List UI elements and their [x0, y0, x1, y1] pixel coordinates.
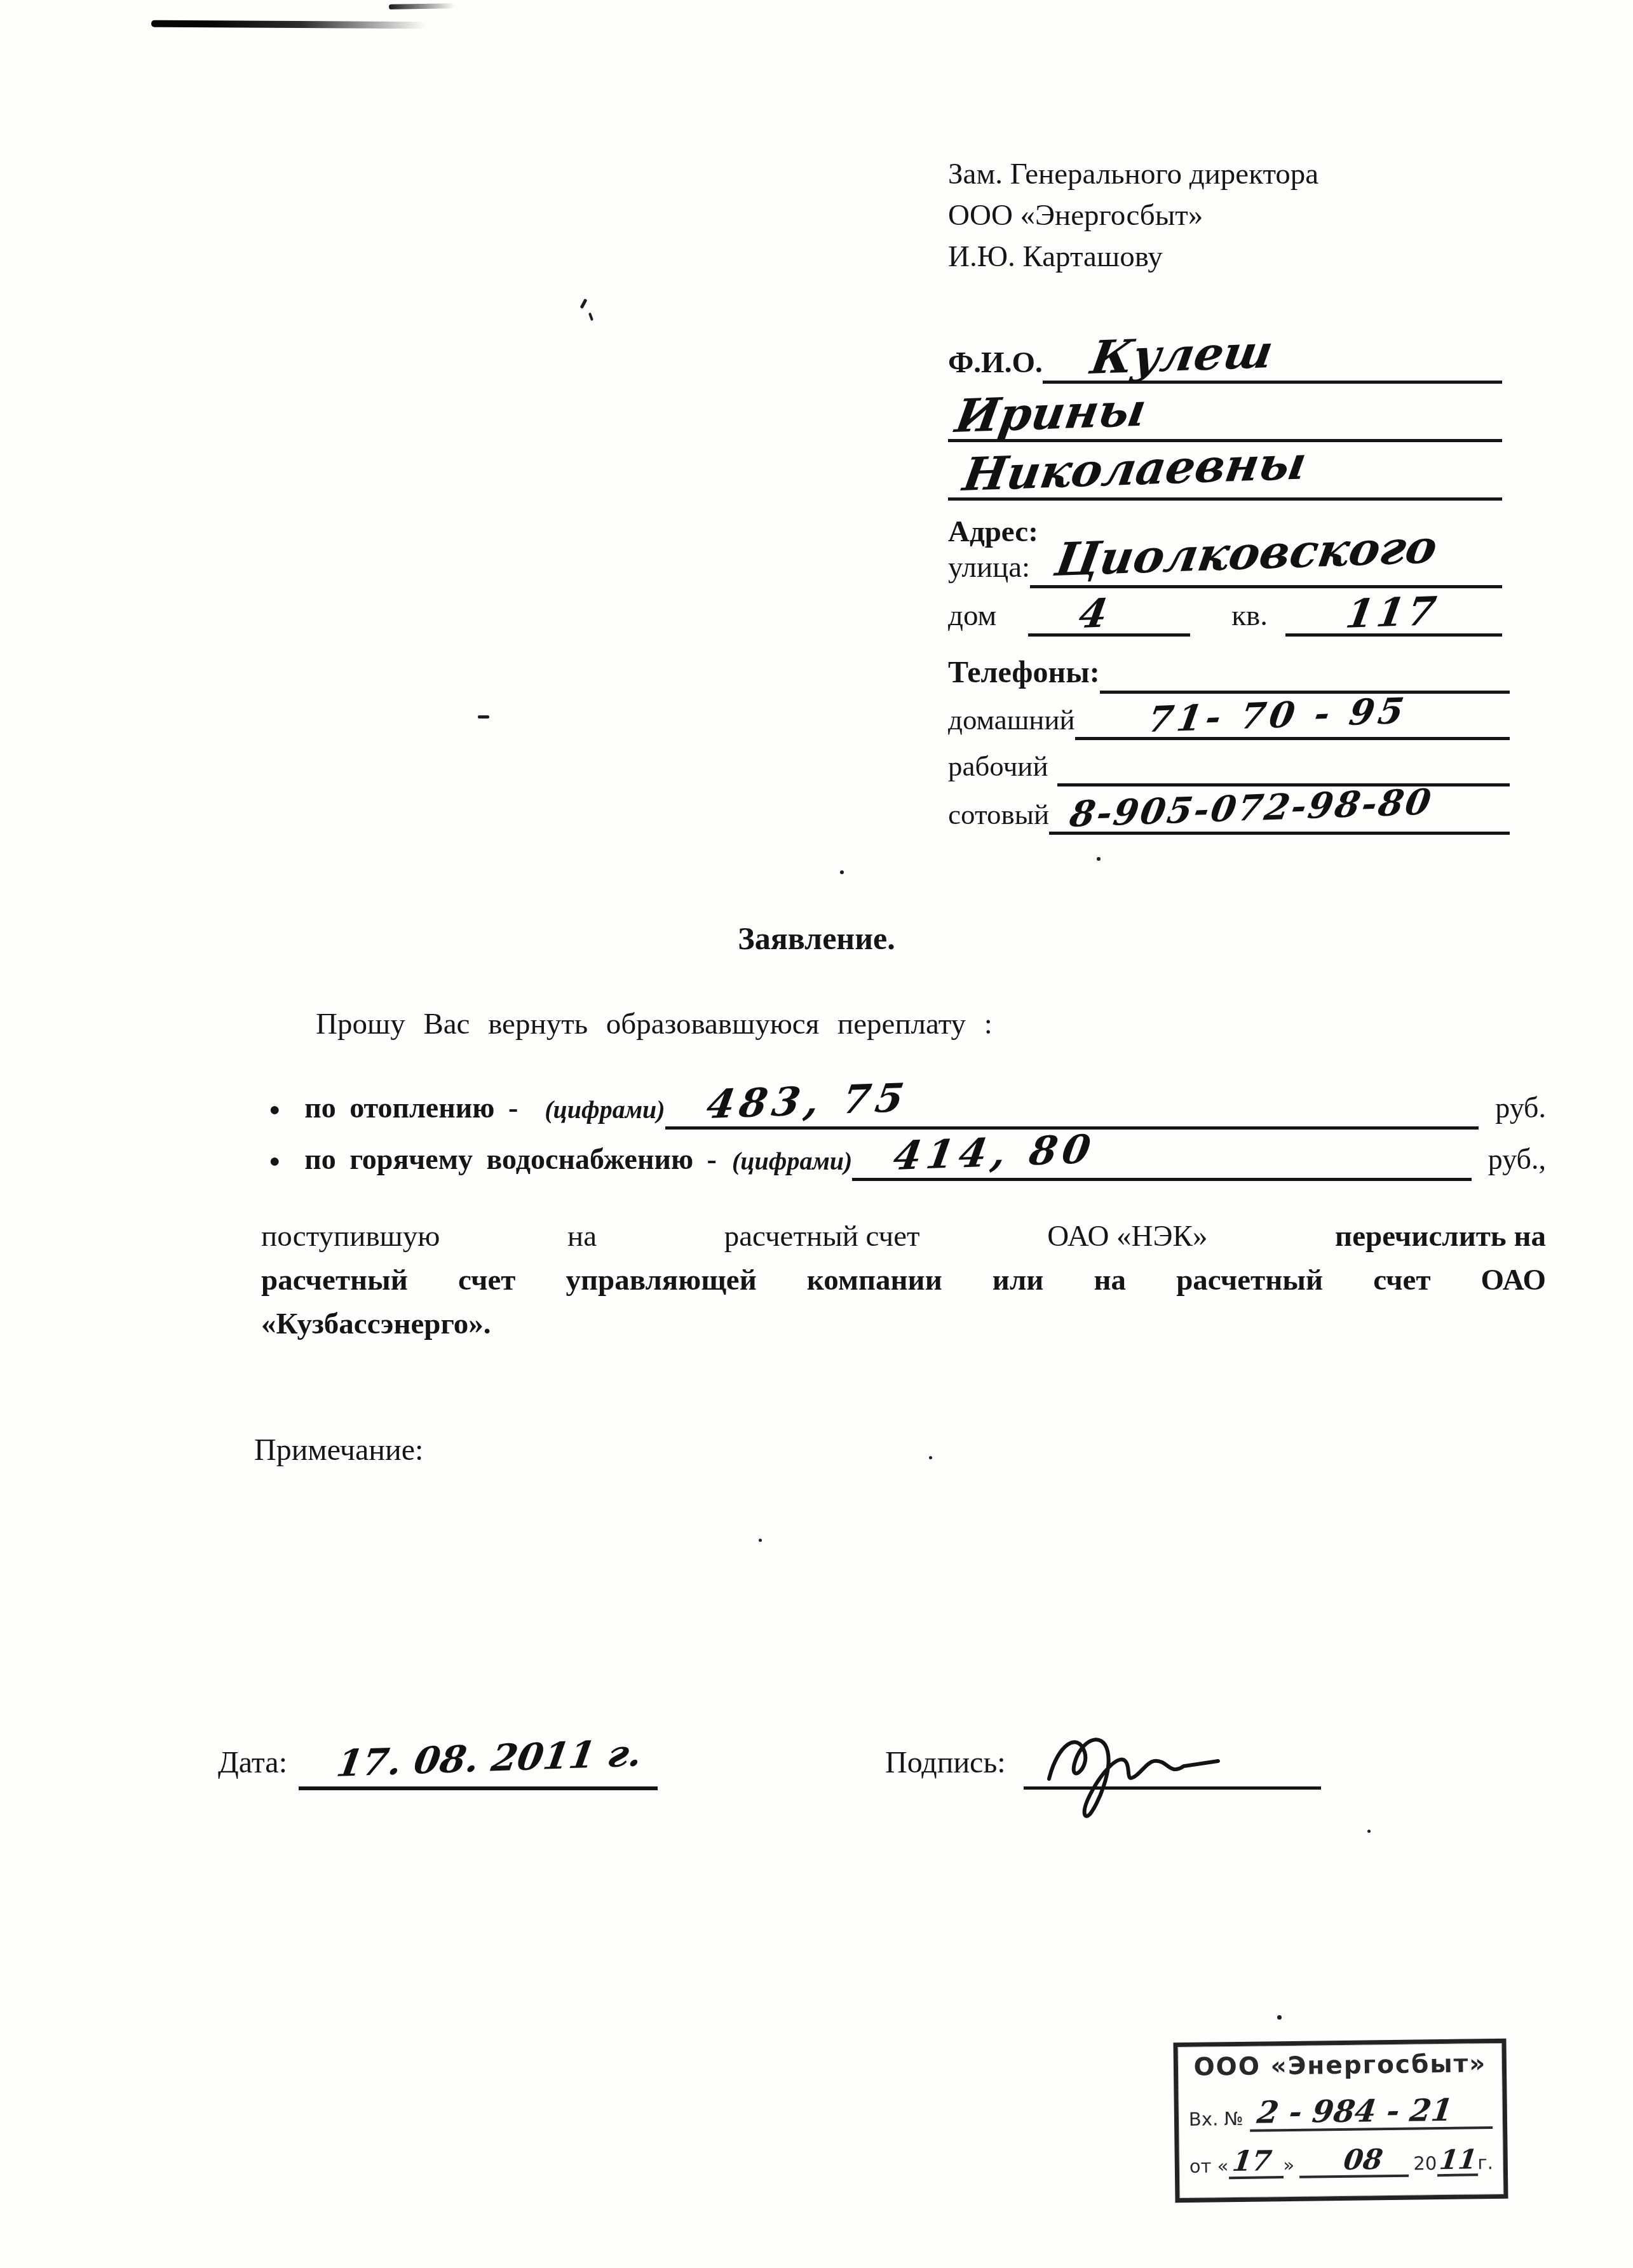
list-item-hot-water: ● по горячему водоснабжению - (цифрами) … [261, 1133, 1546, 1181]
refund-items-list: ● по отоплению - (цифрами) 483, 75 руб. … [261, 1080, 1546, 1185]
apartment-label: кв. [1231, 600, 1268, 637]
body-text: на [567, 1215, 597, 1259]
signature-label: Подпись: [885, 1745, 1006, 1780]
home-phone-line: 71- 70 - 95 [1075, 691, 1510, 740]
stamp-date-row: от « 17 » 08 20 11 г. [1189, 2129, 1493, 2180]
fio-row: Николаевны [948, 442, 1502, 501]
scanned-application-page: Зам. Генерального директора ООО «Энергос… [0, 0, 1633, 2268]
stamp-date-from-label: от « [1189, 2155, 1229, 2180]
amount-handwritten-value: 414, 80 [890, 1126, 1099, 1179]
stamp-number-row: Вх. № 2 - 984 - 21 [1188, 2079, 1493, 2133]
stamp-year-line: 11 [1437, 2126, 1478, 2177]
signature-line [1024, 1729, 1321, 1790]
fio-line-3: Николаевны [948, 439, 1502, 501]
fio-handwritten-patronymic: Николаевны [959, 435, 1310, 501]
addressee-block: Зам. Генерального директора ООО «Энергос… [948, 154, 1318, 278]
cell-phone-label: сотовый [948, 798, 1049, 835]
fio-label: Ф.И.О. [948, 348, 1043, 384]
scan-artifact [759, 1539, 762, 1542]
phones-block: Телефоны: домашний 71- 70 - 95 рабочий с… [948, 647, 1510, 835]
bullet-icon: ● [261, 1151, 304, 1181]
date-signature-row: Дата: 17. 08. 2011 г. Подпись: [218, 1729, 1324, 1786]
cell-phone-line: 8-905-072-98-80 [1049, 783, 1510, 835]
street-row: улица: Циолковского [948, 553, 1502, 588]
work-phone-row: рабочий [948, 740, 1510, 786]
incoming-stamp: ООО «Энергосбыт» Вх. № 2 - 984 - 21 от «… [1173, 2039, 1508, 2203]
signature-image [1036, 1724, 1303, 1819]
apartment-line: 117 [1285, 585, 1502, 637]
stamp-day-handwritten-value: 17 [1230, 2145, 1273, 2178]
stamp-month-handwritten-value: 08 [1342, 2143, 1385, 2177]
home-phone-handwritten-value: 71- 70 - 95 [1145, 690, 1411, 741]
amount-line: 483, 75 [665, 1077, 1479, 1130]
work-phone-label: рабочий [948, 750, 1048, 786]
bullet-icon: ● [261, 1099, 304, 1130]
scan-artifact [478, 715, 489, 719]
fio-row: Ирины [948, 384, 1502, 442]
digits-hint-label: (цифрами) [732, 1146, 852, 1181]
currency-label: руб., [1472, 1142, 1546, 1181]
currency-label: руб. [1479, 1091, 1546, 1130]
fio-row: Ф.И.О. Кулеш [948, 325, 1502, 384]
stamp-number-line: 2 - 984 - 21 [1249, 2077, 1493, 2132]
stamp-quote-close: » [1283, 2154, 1294, 2178]
scan-artifact [929, 1456, 932, 1459]
date-line: 17. 08. 2011 г. [299, 1729, 658, 1790]
amount-line: 414, 80 [852, 1130, 1471, 1181]
cell-phone-handwritten-value: 8-905-072-98-80 [1067, 781, 1436, 835]
phones-label: Телефоны: [948, 655, 1100, 694]
scan-artifact [1277, 2015, 1282, 2020]
list-item-heating: ● по отоплению - (цифрами) 483, 75 руб. [261, 1080, 1546, 1130]
fio-handwritten-firstname: Ирины [952, 382, 1150, 443]
date-label: Дата: [218, 1745, 287, 1780]
stamp-year-prefix: 20 [1413, 2152, 1437, 2177]
digits-hint-label: (цифрами) [545, 1095, 665, 1130]
house-handwritten-value: 4 [1076, 590, 1111, 637]
item-label: по отоплению - [304, 1091, 518, 1130]
addressee-line: ООО «Энергосбыт» [948, 195, 1318, 236]
stamp-year-label: г. [1477, 2152, 1493, 2176]
home-phone-label: домашний [948, 703, 1075, 740]
cell-phone-row: сотовый 8-905-072-98-80 [948, 786, 1510, 835]
addressee-line: И.Ю. Карташову [948, 236, 1318, 278]
stamp-number-handwritten-value: 2 - 984 - 21 [1255, 2093, 1454, 2131]
scan-artifact [151, 20, 426, 29]
statement-intro: Прошу Вас вернуть образовавшуюся перепла… [261, 1007, 1606, 1041]
body-text: расчетный счет [724, 1215, 920, 1259]
scan-artifact [1097, 857, 1101, 861]
work-phone-line [1057, 737, 1510, 786]
statement-body-line-2: расчетный счет управляющей компании или … [261, 1259, 1546, 1302]
body-text-bold: перечислить на [1335, 1215, 1546, 1259]
stamp-year-handwritten-value: 11 [1437, 2143, 1479, 2175]
statement-body-line-1: поступившую на расчетный счет ОАО «НЭК» … [261, 1215, 1546, 1259]
home-phone-row: домашний 71- 70 - 95 [948, 694, 1510, 740]
house-row: дом 4 кв. 117 [948, 588, 1502, 637]
phones-header-row: Телефоны: [948, 647, 1510, 694]
scan-artifact [580, 299, 588, 309]
statement-title: Заявление. [0, 920, 1633, 957]
applicant-identity-block: Ф.И.О. Кулеш Ирины Николаевны Адрес: ули… [948, 325, 1502, 637]
house-label: дом [948, 600, 996, 637]
fio-handwritten-surname: Кулеш [1087, 324, 1277, 384]
amount-handwritten-value: 483, 75 [703, 1074, 912, 1128]
body-text: поступившую [261, 1215, 440, 1259]
scan-artifact [1367, 1830, 1371, 1833]
house-line: 4 [1028, 585, 1190, 637]
note-label: Примечание: [254, 1433, 423, 1468]
statement-body: поступившую на расчетный счет ОАО «НЭК» … [261, 1215, 1546, 1346]
street-line: Циолковского [1030, 550, 1502, 588]
item-label: по горячему водоснабжению - [304, 1142, 717, 1181]
addressee-line: Зам. Генерального директора [948, 154, 1318, 195]
apartment-handwritten-value: 117 [1343, 588, 1442, 637]
statement-body-line-3: «Кузбассэнерго». [261, 1302, 1546, 1346]
stamp-month-line: 08 [1299, 2128, 1409, 2178]
street-label: улица: [948, 552, 1030, 588]
scan-artifact [389, 3, 455, 10]
scan-artifact [588, 313, 593, 321]
scan-artifact [840, 870, 844, 874]
body-text: ОАО «НЭК» [1047, 1215, 1207, 1259]
stamp-day-line: 17 [1228, 2129, 1284, 2179]
fio-line-1: Кулеш [1043, 322, 1502, 384]
phones-blank-line [1100, 644, 1510, 694]
date-handwritten-value: 17. 08. 2011 г. [334, 1731, 645, 1785]
fio-line-2: Ирины [948, 381, 1502, 442]
